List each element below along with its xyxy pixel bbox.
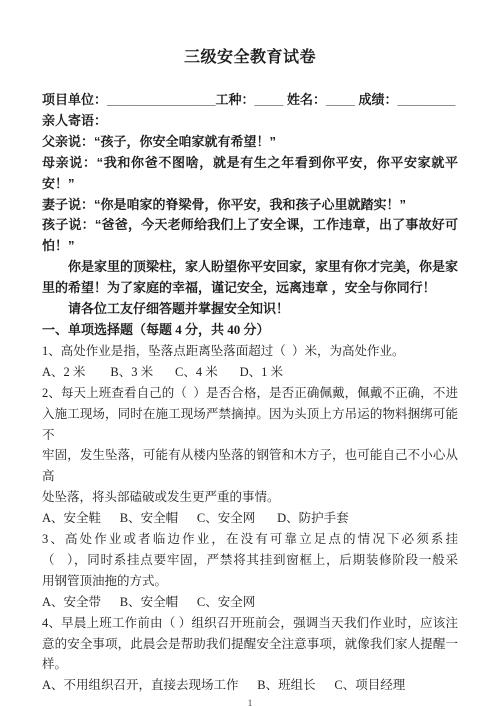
family-message-line: 里的希望！为了家庭的幸福，谨记安全，远离违章 ，安全与你同行！: [42, 278, 458, 299]
question-line: A、安全带 B、安全帽 C、安全网: [42, 592, 458, 613]
document-body: 项目单位：_______________工种：____ 姓名：____ 成绩：_…: [42, 90, 458, 696]
question-line: 意的安全事项，此晨会是帮助我们提醒安全注意事项，就像我们家人提醒一: [42, 634, 458, 655]
family-message-line: 父亲说：“孩子，你安全咱家就有希望！”: [42, 132, 458, 153]
page-number: 1: [0, 697, 500, 707]
family-message-line: 亲人寄语：: [42, 111, 458, 132]
family-message-line: 母亲说：“我和你爸不图啥，就是有生之年看到你平安，你平安家就平: [42, 153, 458, 174]
header-fields-line: 项目单位：_______________工种：____ 姓名：____ 成绩：_…: [42, 90, 458, 111]
family-message-line: 你是家里的顶梁柱，家人盼望你平安回家，家里有你才完美，你是家: [42, 257, 458, 278]
question-line: A、安全鞋 B、安全帽 C、安全网 D、防护手套: [42, 508, 458, 529]
family-message-line: 怕！”: [42, 236, 458, 257]
question-line: 入施工现场，同时在施工现场严禁摘掉。因为头顶上方吊运的物料捆绑可能不: [42, 404, 458, 446]
question-line: 处坠落，将头部磕破或发生更严重的事情。: [42, 487, 458, 508]
question-line: （ ），同时系挂点要牢固，严禁将其挂到窗框上，后期装修阶段一般采: [42, 550, 458, 571]
question-line: 2、每天上班查看自己的（ ）是否合格，是否正确佩戴，佩戴不正确，不进: [42, 383, 458, 404]
exam-page: 三级安全教育试卷 项目单位：_______________工种：____ 姓名：…: [0, 0, 500, 707]
question-line: 4、早晨上班工作前由（ ）组织召开班前会，强调当天我们作业时，应该注: [42, 613, 458, 634]
family-message-line: 安！”: [42, 174, 458, 195]
family-message-line: 孩子说：“爸爸，今天老师给我们上了安全课，工作违章，出了事故好可: [42, 215, 458, 236]
question-line: 1、高处作业是指，坠落点距离坠落面超过（ ）米，为高处作业。: [42, 341, 458, 362]
question-line: 牢固，发生坠落，可能有从楼内坠落的钢管和木方子，也可能自己不小心从高: [42, 445, 458, 487]
family-message-line: 妻子说：“你是咱家的脊梁骨，你平安，我和孩子心里就踏实！”: [42, 195, 458, 216]
section-one-heading: 一、单项选择题（每题 4 分，共 40 分）: [42, 320, 458, 341]
question-line: A、不用组织召开，直接去现场工作 B、班组长 C、项目经理: [42, 675, 458, 696]
question-line: 用钢管顶油拖的方式。: [42, 571, 458, 592]
family-message-line: 请各位工友仔细答题并掌握安全知识！: [42, 299, 458, 320]
family-message-block: 亲人寄语：父亲说：“孩子，你安全咱家就有希望！”母亲说：“我和你爸不图啥，就是有…: [42, 111, 458, 320]
document-title: 三级安全教育试卷: [42, 46, 458, 70]
question-line: A、2 米 B、3 米 C、4 米 D、1 米: [42, 362, 458, 383]
question-line: 3、高处作业或者临边作业，在没有可靠立足点的情况下必须系挂: [42, 529, 458, 550]
question-line: 样。: [42, 654, 458, 675]
questions-block: 1、高处作业是指，坠落点距离坠落面超过（ ）米，为高处作业。A、2 米 B、3 …: [42, 341, 458, 696]
